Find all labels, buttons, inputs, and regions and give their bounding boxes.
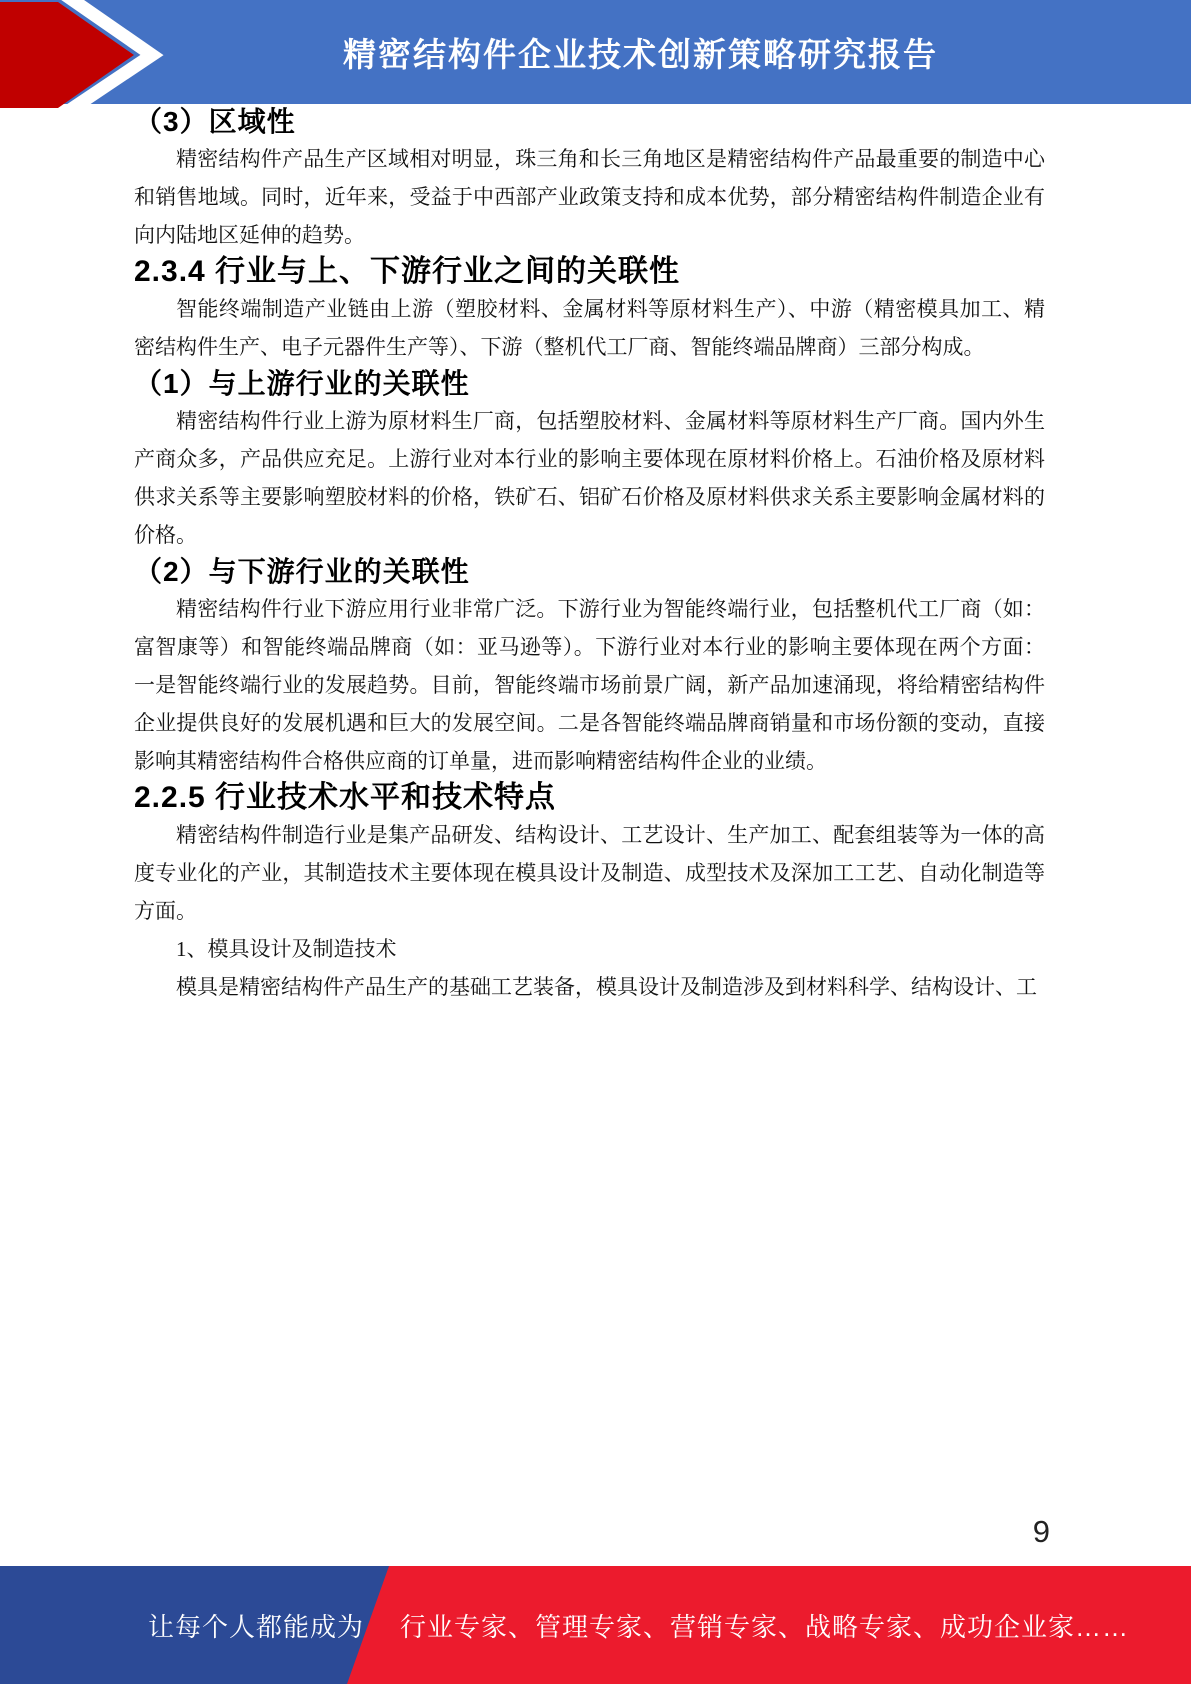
- section-heading-downstream: （2）与下游行业的关联性: [134, 554, 1045, 590]
- paragraph-technology-overview: 精密结构件制造行业是集产品研发、结构设计、工艺设计、生产加工、配套组装等为一体的…: [134, 816, 1045, 930]
- section-heading-upstream: （1）与上游行业的关联性: [134, 366, 1045, 402]
- footer-slogan-left: 让每个人都能成为: [148, 1566, 364, 1684]
- footer-slogan-right: 行业专家、管理专家、营销专家、战略专家、成功企业家……: [400, 1566, 1129, 1684]
- paragraph-mold-design: 模具是精密结构件产品生产的基础工艺装备，模具设计及制造涉及到材料科学、结构设计、…: [134, 968, 1045, 1006]
- paragraph-upstream: 精密结构件行业上游为原材料生厂商，包括塑胶材料、金属材料等原材料生产厂商。国内外…: [134, 402, 1045, 554]
- section-heading-2-3-4: 2.3.4 行业与上、下游行业之间的关联性: [134, 254, 1045, 290]
- page-number: 9: [1033, 1514, 1050, 1550]
- section-heading-2-2-5: 2.2.5 行业技术水平和技术特点: [134, 780, 1045, 816]
- document-page: 精密结构件企业技术创新策略研究报告 （3）区域性 精密结构件产品生产区域相对明显…: [0, 0, 1191, 1684]
- footer-banner: 让每个人都能成为 行业专家、管理专家、营销专家、战略专家、成功企业家……: [0, 1566, 1191, 1684]
- report-title: 精密结构件企业技术创新策略研究报告: [170, 0, 1111, 104]
- content-area: （3）区域性 精密结构件产品生产区域相对明显，珠三角和长三角地区是精密结构件产品…: [134, 104, 1045, 1006]
- red-arrow-icon: [0, 0, 170, 112]
- paragraph-downstream: 精密结构件行业下游应用行业非常广泛。下游行业为智能终端行业，包括整机代工厂商（如…: [134, 590, 1045, 780]
- paragraph-regionality: 精密结构件产品生产区域相对明显，珠三角和长三角地区是精密结构件产品最重要的制造中…: [134, 140, 1045, 254]
- section-heading-regionality: （3）区域性: [134, 104, 1045, 140]
- header-banner: 精密结构件企业技术创新策略研究报告: [0, 0, 1191, 104]
- paragraph-industry-chain: 智能终端制造产业链由上游（塑胶材料、金属材料等原材料生产）、中游（精密模具加工、…: [134, 290, 1045, 366]
- subheading-mold-design: 1、模具设计及制造技术: [134, 930, 1045, 968]
